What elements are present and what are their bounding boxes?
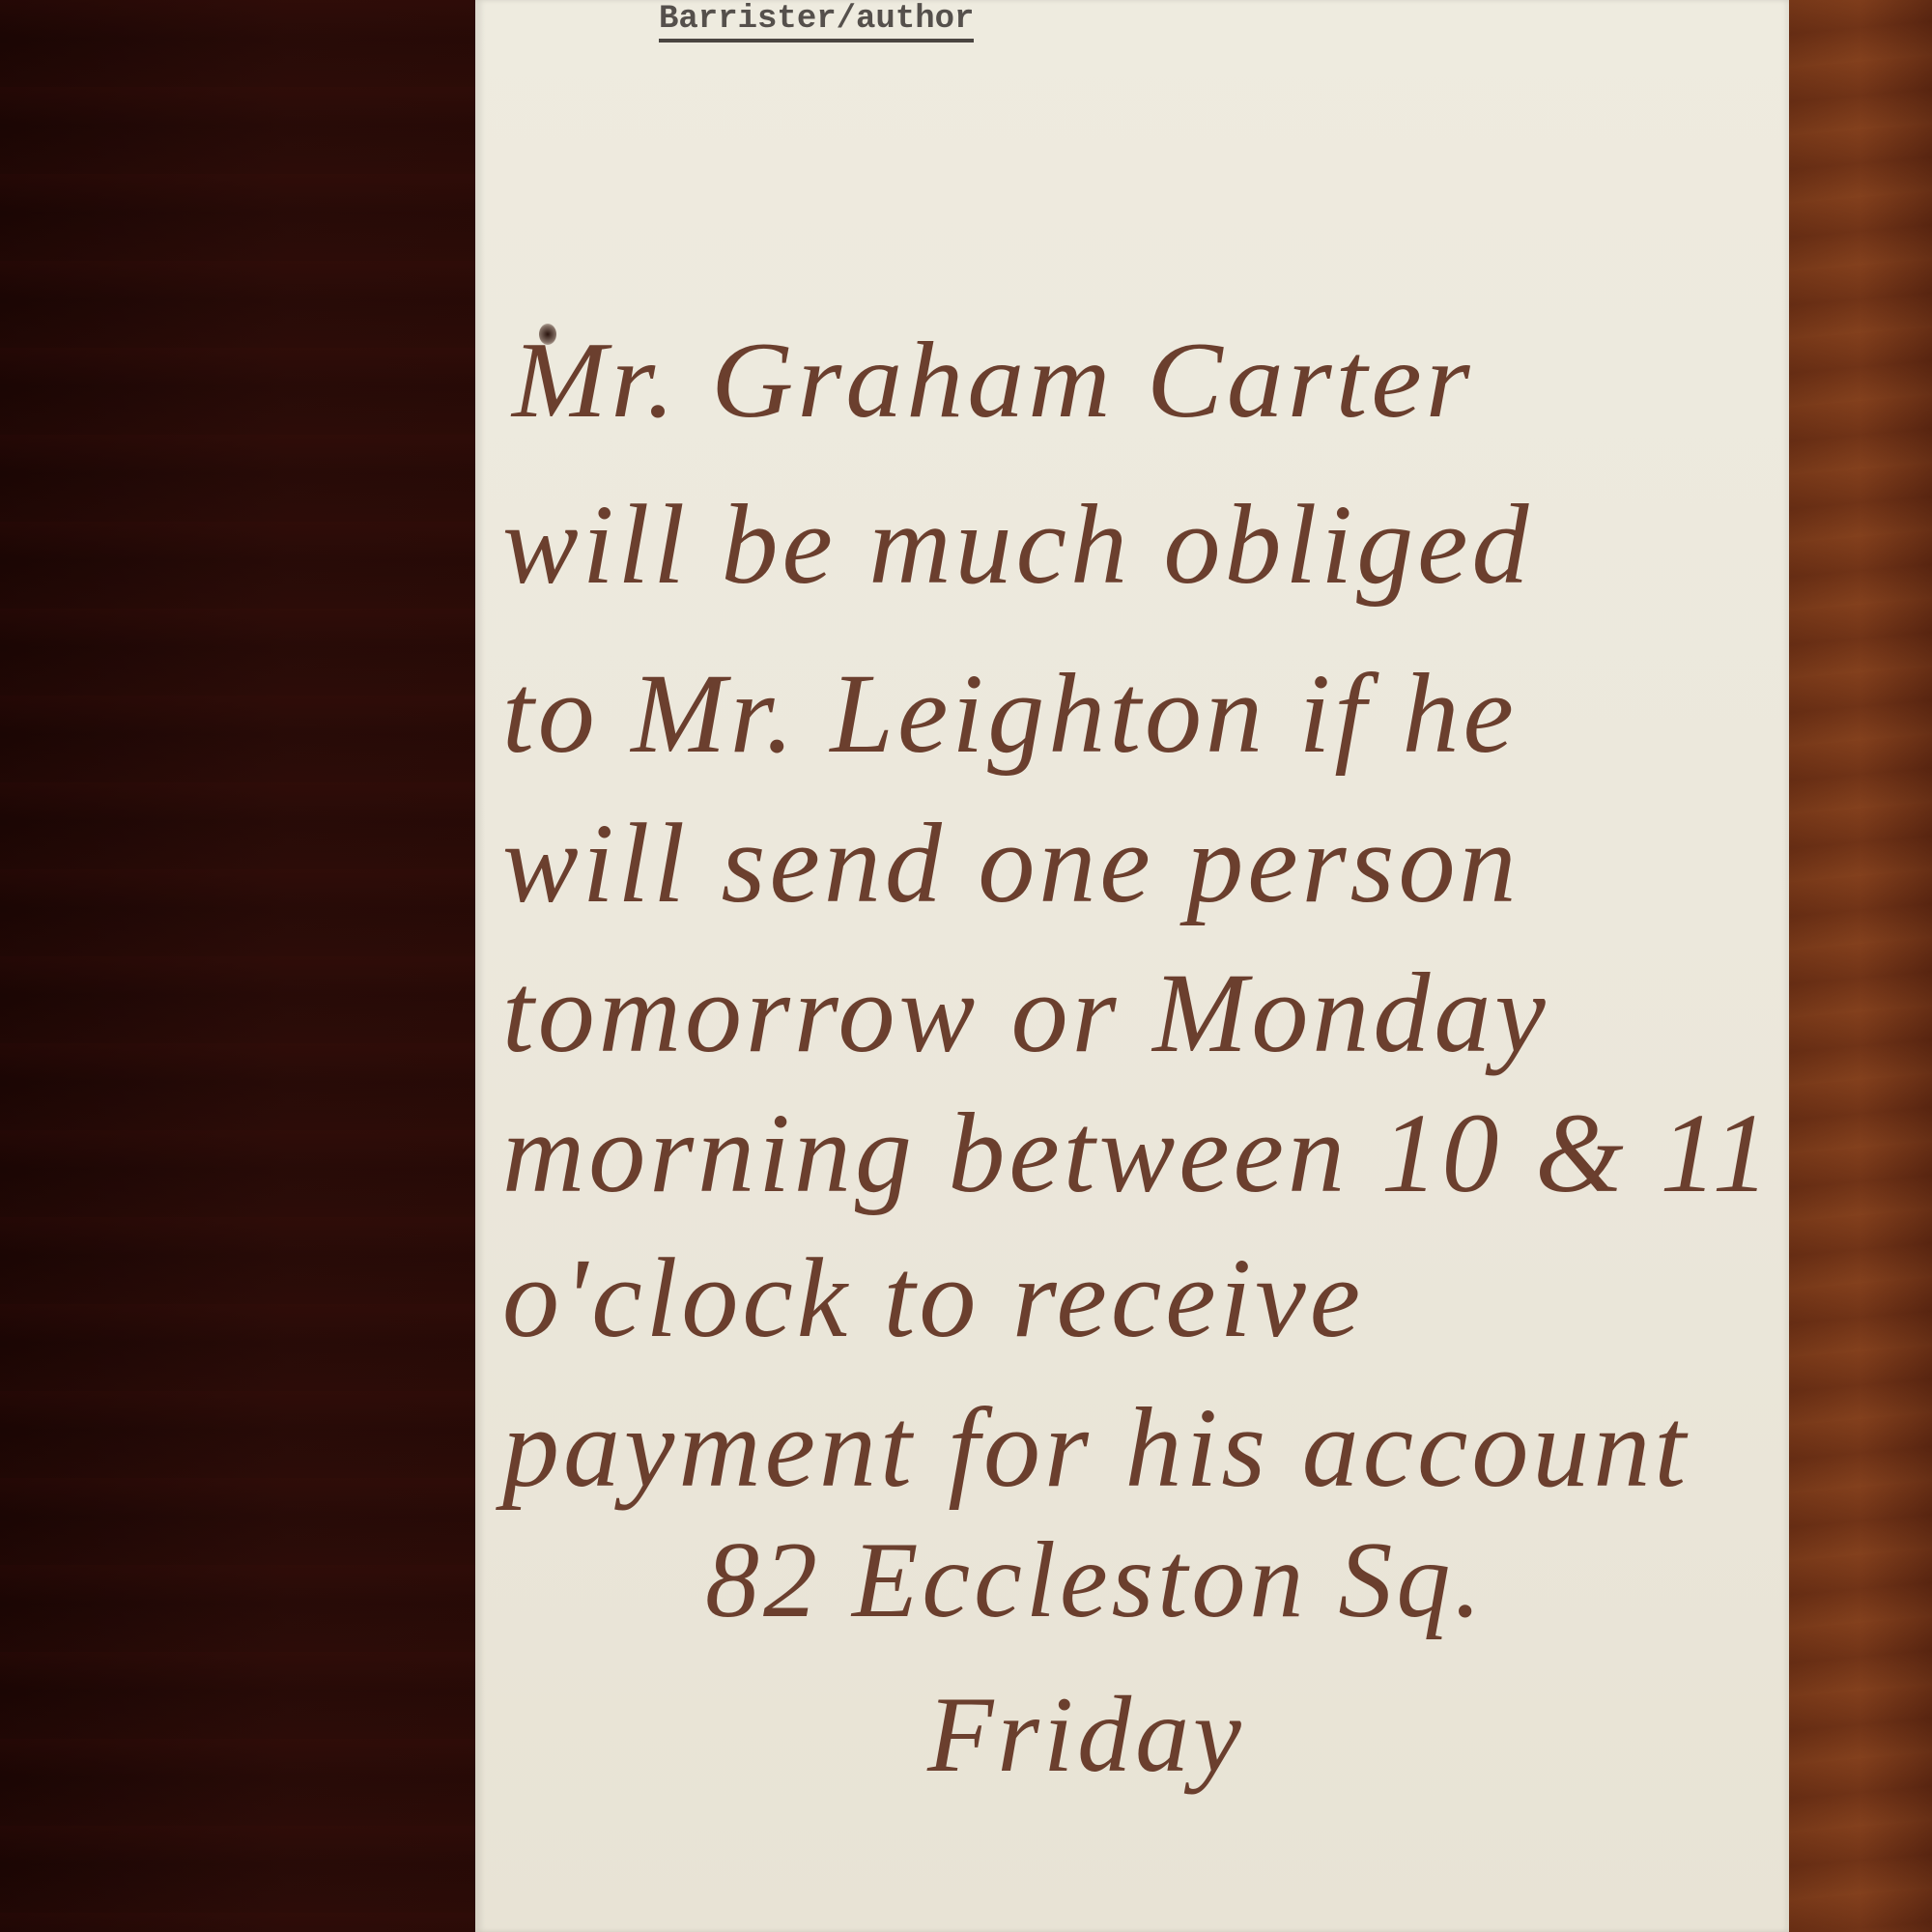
- handwritten-line-6: morning between 10 & 11: [502, 1096, 1774, 1210]
- handwritten-line-2: will be much obliged: [502, 488, 1532, 602]
- handwritten-address: 82 Eccleston Sq.: [705, 1526, 1485, 1634]
- handwritten-line-8: payment for his account: [502, 1391, 1690, 1505]
- handwritten-line-4: will send one person: [502, 807, 1520, 921]
- handwritten-day: Friday: [927, 1681, 1245, 1789]
- handwritten-line-1: Mr. Graham Carter: [512, 327, 1474, 435]
- handwritten-line-7: o'clock to receive: [502, 1241, 1364, 1355]
- typed-category-label: Barrister/author: [659, 0, 974, 43]
- handwritten-line-3: to Mr. Leighton if he: [502, 657, 1518, 771]
- wood-table-background-left: [0, 0, 478, 1932]
- wood-table-background-right: [1787, 0, 1932, 1932]
- handwritten-line-5: tomorrow or Monday: [502, 956, 1549, 1070]
